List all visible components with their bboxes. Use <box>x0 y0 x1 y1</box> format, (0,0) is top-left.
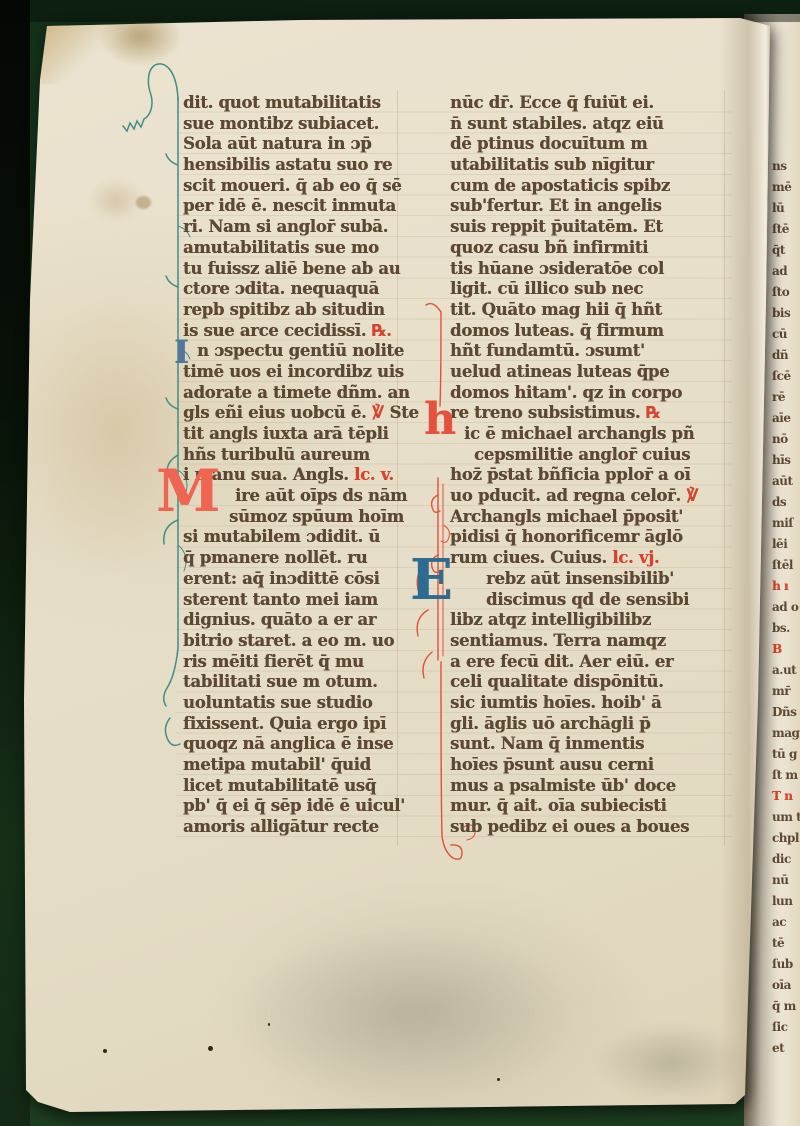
body-text: quoqz nā anglica ē inse <box>183 734 393 753</box>
body-text: gli. āglis uō archāgli p̄ <box>450 714 650 733</box>
manuscript-photo: nsmēlūſtēq̄tadſtobiscūdñſcērēaīenōhīsaūt… <box>0 0 800 1126</box>
rubric-text: ℞. <box>372 321 392 340</box>
body-text: tu fuissz aliē bene ab au <box>183 259 400 278</box>
body-text: fixissent. Quia ergo ipī <box>183 714 386 733</box>
text-line: scit moueri. q̄ ab eo q̄ sē <box>183 176 397 197</box>
body-text: tabilitati sue m otum. <box>183 672 378 691</box>
text-line: ctore ɔdita. nequaquā <box>183 279 397 300</box>
text-line: cepsmilitie anglor̄ cuius <box>450 445 726 466</box>
text-line: dignius. quāto a er ar <box>183 610 397 631</box>
text-line: quoz casu bñ infirmiti <box>450 238 726 259</box>
body-text: licet mutabilitatē usq̄ <box>183 776 376 795</box>
text-line: amutabilitatis sue mo <box>183 238 397 259</box>
text-line: tabilitati sue m otum. <box>183 672 397 693</box>
body-text: amutabilitatis sue mo <box>183 238 379 257</box>
text-line: uoluntatis sue studio <box>183 693 397 714</box>
text-line: pb' q̄ ei q̄ sēp idē ē uicul' <box>183 796 397 817</box>
body-text: per idē ē. nescit inmuta <box>183 196 396 215</box>
body-text: sub'fertur. Et in angelis <box>450 196 661 215</box>
text-line: sue montibz subiacet. <box>183 114 397 135</box>
body-text: ic ē michael archangls pñ <box>464 424 694 443</box>
body-text: pb' q̄ ei q̄ sēp idē ē uicul' <box>183 796 405 815</box>
text-line: sic iumtis hoīes. hoib' ā <box>450 693 726 714</box>
body-text: ire aūt oīps ds nām <box>235 486 407 505</box>
body-text: metipa mutabil' q̄uid <box>183 755 371 774</box>
text-line: amoris alligātur recte <box>183 817 397 838</box>
initial-M: M <box>156 462 220 520</box>
text-line: celi qualitate dispōnitū. <box>450 672 726 693</box>
body-text: quoz casu bñ infirmiti <box>450 238 648 257</box>
text-line: rebz aūt insensibilib' <box>450 569 726 590</box>
body-text: n ɔspectu gentiū nolite <box>197 341 404 360</box>
body-text: hensibilis astatu suo re <box>183 155 392 174</box>
text-line: rum ciues. Cuius. lc. vj. <box>450 548 726 569</box>
manuscript-page-wrap: dit. quot mutabilitatissue montibz subia… <box>0 0 800 1126</box>
body-text: amoris alligātur recte <box>183 817 379 836</box>
text-line: hoz̄ p̄stat bñficia pplor̄ a oī <box>450 465 726 486</box>
text-line: gli. āglis uō archāgli p̄ <box>450 714 726 735</box>
text-line: mus a psalmiste ūb' doce <box>450 776 726 797</box>
stain <box>136 196 151 209</box>
body-text: domos hitam'. qz in corpo <box>450 383 682 402</box>
body-text: celi qualitate dispōnitū. <box>450 672 664 691</box>
body-text: sūmoz spūum hoīm <box>229 507 404 526</box>
text-line: discimus qd de sensibi <box>450 590 726 611</box>
text-line: fixissent. Quia ergo ipī <box>183 714 397 735</box>
text-line: dit. quot mutabilitatis <box>183 93 397 114</box>
body-text: scit moueri. q̄ ab eo q̄ sē <box>183 176 401 195</box>
text-line: ic ē michael archangls pñ <box>450 424 726 445</box>
page-fold-highlight <box>720 0 772 1126</box>
body-text: hoz̄ p̄stat bñficia pplor̄ a oī <box>450 465 690 484</box>
text-line: bitrio staret. a eo m. uo <box>183 631 397 652</box>
body-text: dignius. quāto a er ar <box>183 610 376 629</box>
text-line: n̄ sunt stabiles. atqz eiū <box>450 114 726 135</box>
text-line: Sola aūt natura in ɔp̄ <box>183 134 397 155</box>
text-line: ri. Nam si anglor̄ subā. <box>183 217 397 238</box>
initial-H: h <box>424 398 456 442</box>
body-text: hñt fundamtū. ɔsumt' <box>450 341 645 360</box>
body-text: sic iumtis hoīes. hoib' ā <box>450 693 661 712</box>
text-line: pidisi q̄ honorificemr āglō <box>450 527 726 548</box>
text-line: tu fuissz aliē bene ab au <box>183 259 397 280</box>
text-line: hensibilis astatu suo re <box>183 155 397 176</box>
body-text: sterent tanto mei iam <box>183 590 378 609</box>
text-line: hñt fundamtū. ɔsumt' <box>450 341 726 362</box>
body-text: a ere fecū dit. Aer eiū. er <box>450 652 673 671</box>
wormhole-speck <box>497 1078 500 1081</box>
body-text: sue montibz subiacet. <box>183 114 379 133</box>
text-line: repb spitibz ab situdin <box>183 300 397 321</box>
body-text: n̄ sunt stabiles. atqz eiū <box>450 114 664 133</box>
body-text: adorate a timete dñm. an <box>183 383 410 402</box>
body-text: ris mēiti fierēt q̄ mu <box>183 652 364 671</box>
body-text: tis hūane ɔsideratōe col <box>450 259 664 278</box>
body-text: uelud atineas luteas q̄pe <box>450 362 669 381</box>
body-text: erent: aq̄ inɔdittē cōsi <box>183 569 379 588</box>
body-text: hoīes p̄sunt ausu cerni <box>450 755 654 774</box>
text-line: sunt. Nam q̄ inmentis <box>450 734 726 755</box>
rubric-text: ℣ <box>686 486 698 505</box>
rubric-text: lc. v. <box>354 465 394 484</box>
text-line: Archangls michael p̄posit' <box>450 507 726 528</box>
body-text: Sola aūt natura in ɔp̄ <box>183 134 371 153</box>
text-line: utabilitatis sub nīgitur <box>450 155 726 176</box>
text-line: cum de apostaticis spibz <box>450 176 726 197</box>
rubric-text: ℣ <box>372 403 384 422</box>
text-line: si mutabilem ɔdidit. ū <box>183 527 397 548</box>
body-text: suis reppit p̄uitatēm. Et <box>450 217 663 236</box>
text-line: domos hitam'. qz in corpo <box>450 383 726 404</box>
body-text: Archangls michael p̄posit' <box>450 507 683 526</box>
stain <box>40 18 120 84</box>
body-text: sub pedibz ei oues a boues <box>450 817 689 836</box>
text-line: tit angls iuxta arā tēpli <box>183 424 397 445</box>
stain <box>240 930 570 1100</box>
text-line: metipa mutabil' q̄uid <box>183 755 397 776</box>
text-line: tit. Quāto mag hii q̄ hñt <box>450 300 726 321</box>
body-text: rebz aūt insensibilib' <box>486 569 674 588</box>
body-text: uoluntatis sue studio <box>183 693 372 712</box>
text-line: sub pedibz ei oues a boues <box>450 817 726 838</box>
text-line: is sue arce cecidissī. ℞. <box>183 321 397 342</box>
body-text: nūc dr̄. Ecce q̄ fuiūt ei. <box>450 93 654 112</box>
text-line: nūc dr̄. Ecce q̄ fuiūt ei. <box>450 93 726 114</box>
body-text: rum ciues. Cuius. <box>450 548 612 567</box>
text-line: ligit. cū illico sub nec <box>450 279 726 300</box>
text-line: timē uos ei incordibz uis <box>183 362 397 383</box>
text-line: tis hūane ɔsideratōe col <box>450 259 726 280</box>
body-text: tit. Quāto mag hii q̄ hñt <box>450 300 662 319</box>
body-text: discimus qd de sensibi <box>486 590 689 609</box>
text-line: suis reppit p̄uitatēm. Et <box>450 217 726 238</box>
text-line: libz atqz intelligibilibz <box>450 610 726 631</box>
text-line: n ɔspectu gentiū nolite <box>183 341 397 362</box>
body-text: bitrio staret. a eo m. uo <box>183 631 394 650</box>
rubric-text: ℞ <box>646 403 661 422</box>
wormhole-speck <box>268 1023 270 1026</box>
text-line: ris mēiti fierēt q̄ mu <box>183 652 397 673</box>
text-line: quoqz nā anglica ē inse <box>183 734 397 755</box>
stain <box>98 6 182 66</box>
body-text: cepsmilitie anglor̄ cuius <box>474 445 690 464</box>
text-line: q̄ pmanere nollēt. ru <box>183 548 397 569</box>
body-text: re treno subsistimus. <box>450 403 646 422</box>
text-line: sentiamus. Terra namqz <box>450 631 726 652</box>
text-line: a ere fecū dit. Aer eiū. er <box>450 652 726 673</box>
body-text: uo pducit. ad regna celor̄. <box>450 486 686 505</box>
text-line: gls eñi eius uobcū ē. ℣ Ste <box>183 403 397 424</box>
stain <box>88 178 144 222</box>
text-line: uo pducit. ad regna celor̄. ℣ <box>450 486 726 507</box>
body-text: ligit. cū illico sub nec <box>450 279 643 298</box>
body-text: q̄ pmanere nollēt. ru <box>183 548 367 567</box>
text-line: erent: aq̄ inɔdittē cōsi <box>183 569 397 590</box>
text-line: uelud atineas luteas q̄pe <box>450 362 726 383</box>
body-text: ctore ɔdita. nequaquā <box>183 279 379 298</box>
ruling-vertical <box>397 90 398 846</box>
text-line: sterent tanto mei iam <box>183 590 397 611</box>
body-text: mur. q̄ ait. oīa subiecisti <box>450 796 666 815</box>
body-text: dit. quot mutabilitatis <box>183 93 381 112</box>
wormhole-speck <box>208 1046 213 1051</box>
initial-I: I <box>174 336 189 368</box>
body-text: gls eñi eius uobcū ē. <box>183 403 372 422</box>
body-text: repb spitibz ab situdin <box>183 300 385 319</box>
text-line: adorate a timete dñm. an <box>183 383 397 404</box>
body-text: sunt. Nam q̄ inmentis <box>450 734 644 753</box>
body-text: dē ptinus docuītum m <box>450 134 647 153</box>
body-text: timē uos ei incordibz uis <box>183 362 404 381</box>
text-line: sub'fertur. Et in angelis <box>450 196 726 217</box>
text-line: mur. q̄ ait. oīa subiecisti <box>450 796 726 817</box>
wormhole-speck <box>103 1049 107 1053</box>
body-text: libz atqz intelligibilibz <box>450 610 651 629</box>
body-text: Ste <box>384 403 419 422</box>
body-text: is sue arce cecidissī. <box>183 321 372 340</box>
text-line: dē ptinus docuītum m <box>450 134 726 155</box>
text-line: domos luteas. q̄ firmum <box>450 321 726 342</box>
manuscript-page: dit. quot mutabilitatissue montibz subia… <box>0 0 800 1126</box>
body-text: domos luteas. q̄ firmum <box>450 321 664 340</box>
body-text: utabilitatis sub nīgitur <box>450 155 654 174</box>
text-line: hoīes p̄sunt ausu cerni <box>450 755 726 776</box>
rubric-text: lc. vj. <box>612 548 659 567</box>
initial-E: E <box>410 552 453 608</box>
body-text: si mutabilem ɔdidit. ū <box>183 527 380 546</box>
body-text: pidisi q̄ honorificemr āglō <box>450 527 683 546</box>
body-text: mus a psalmiste ūb' doce <box>450 776 676 795</box>
text-line: licet mutabilitatē usq̄ <box>183 776 397 797</box>
body-text: tit angls iuxta arā tēpli <box>183 424 388 443</box>
body-text: sentiamus. Terra namqz <box>450 631 666 650</box>
text-line: per idē ē. nescit inmuta <box>183 196 397 217</box>
body-text: ri. Nam si anglor̄ subā. <box>183 217 388 236</box>
text-column-right: nūc dr̄. Ecce q̄ fuiūt ei.n̄ sunt stabil… <box>450 93 726 838</box>
text-line: re treno subsistimus. ℞ <box>450 403 726 424</box>
body-text: cum de apostaticis spibz <box>450 176 670 195</box>
